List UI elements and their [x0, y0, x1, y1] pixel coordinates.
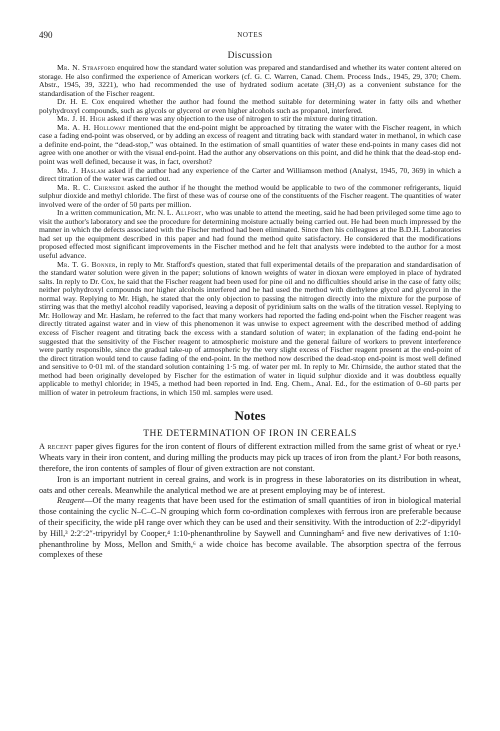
- article-paragraph: A recent paper gives figures for the iro…: [39, 442, 461, 474]
- running-head: 490 NOTES: [39, 30, 461, 44]
- discussion-paragraph: In a written communication, Mr. N. L. Al…: [39, 209, 461, 260]
- notes-heading: Notes: [39, 408, 461, 424]
- discussion-paragraph: Mr. R. C. Chirnside asked the author if …: [39, 184, 461, 210]
- paragraph-text: paper gives figures for the iron content…: [39, 442, 461, 473]
- discussion-paragraph: Mr. N. Strafford enquired how the standa…: [39, 64, 461, 98]
- journal-page: 490 NOTES Discussion Mr. N. Strafford en…: [39, 30, 461, 561]
- discussion-paragraph: Mr. A. H. Holloway mentioned that the en…: [39, 124, 461, 167]
- article-title: THE DETERMINATION OF IRON IN CEREALS: [39, 429, 461, 439]
- discussion-body: Mr. N. Strafford enquired how the standa…: [39, 64, 461, 397]
- running-title: NOTES: [39, 31, 461, 39]
- article-paragraph: Iron is an important nutrient in cereal …: [39, 475, 461, 497]
- article-body: A recent paper gives figures for the iro…: [39, 442, 461, 561]
- discussion-paragraph: Mr. T. G. Bonner, in reply to Mr. Staffo…: [39, 261, 461, 398]
- discussion-paragraph: Dr. H. E. Cox enquired whether the autho…: [39, 98, 461, 115]
- paragraph-text: Iron is an important nutrient in cereal …: [39, 475, 461, 495]
- discussion-heading: Discussion: [39, 51, 461, 61]
- lead-words: A recent: [39, 442, 73, 451]
- discussion-heading-text: Discussion: [228, 51, 273, 61]
- lead-words: Reagent: [57, 496, 84, 505]
- discussion-paragraph: Mr. J. Haslam asked if the author had an…: [39, 167, 461, 184]
- paragraph-text: , in reply to Mr. Stafford's question, s…: [39, 260, 461, 397]
- paragraph-text: , who was unable to attend the meeting, …: [39, 208, 461, 260]
- paragraph-text: —Of the many reagents that have been use…: [39, 496, 461, 559]
- article-paragraph: Reagent—Of the many reagents that have b…: [39, 496, 461, 561]
